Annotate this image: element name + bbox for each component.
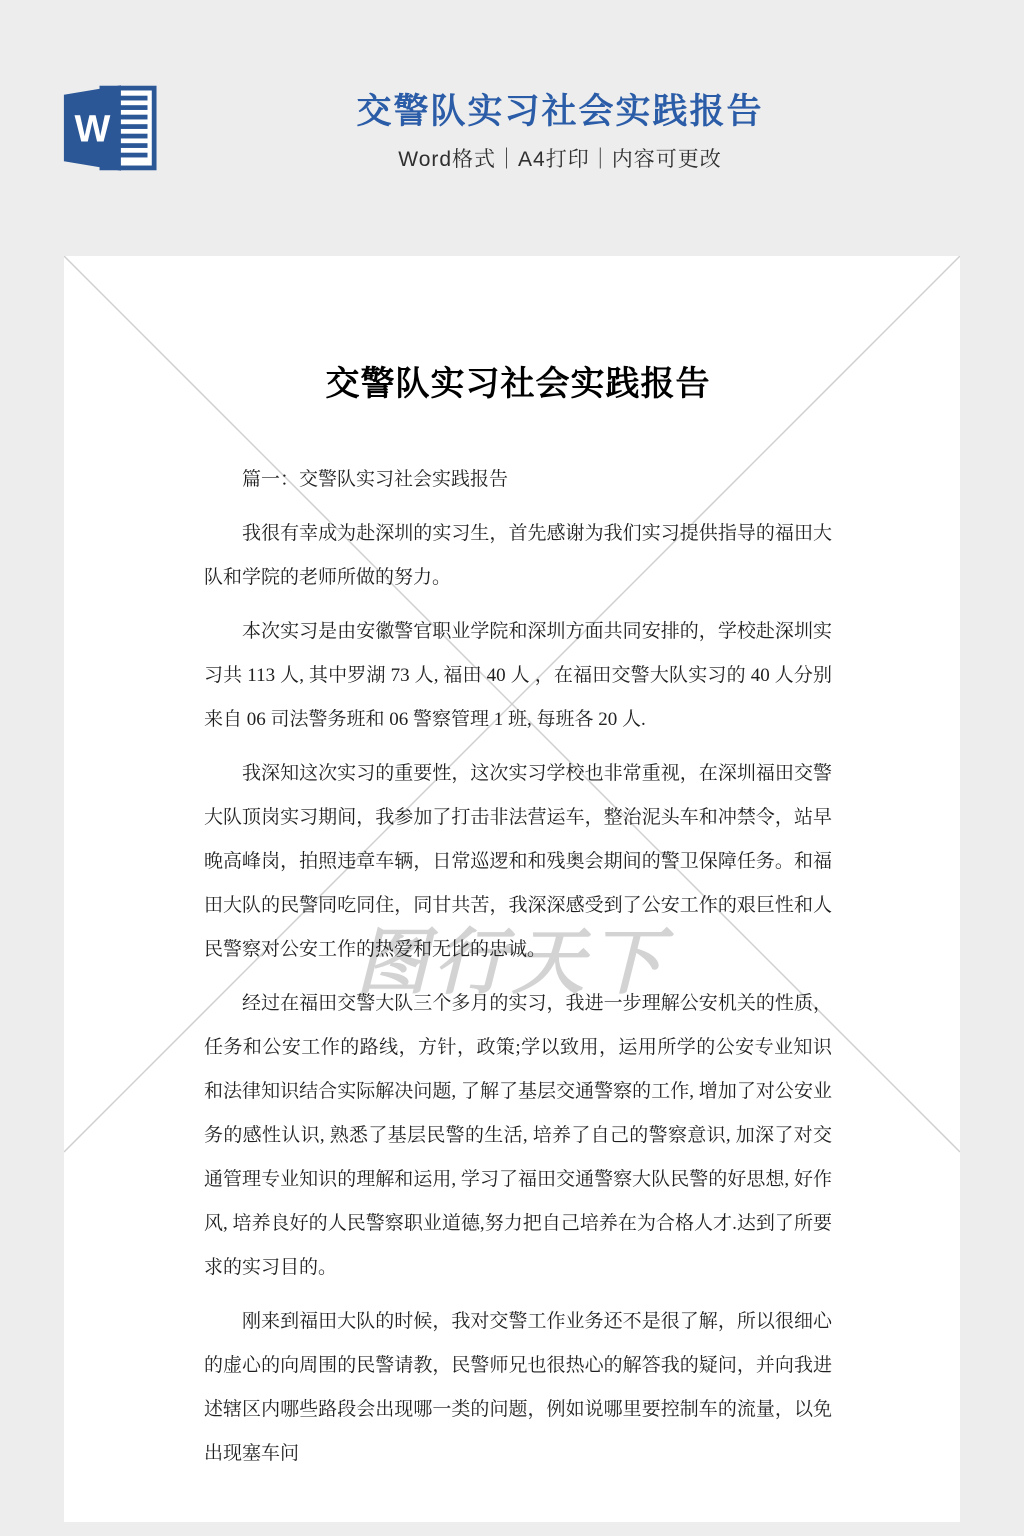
paragraph: 本次实习是由安徽警官职业学院和深圳方面共同安排的，学校赴深圳实习共 113 人,… xyxy=(204,610,832,742)
paragraph: 刚来到福田大队的时候，我对交警工作业务还不是很了解，所以很细心的虚心的向周围的民… xyxy=(204,1300,832,1476)
document-page: 图行天下 交警队实习社会实践报告 篇一：交警队实习社会实践报告 我很有幸成为赴深… xyxy=(64,256,960,1522)
paragraph: 我很有幸成为赴深圳的实习生，首先感谢为我们实习提供指导的福田大队和学院的老师所做… xyxy=(204,512,832,600)
template-title: 交警队实习社会实践报告 xyxy=(160,90,960,134)
header-text-block: 交警队实习社会实践报告 Word格式｜A4打印｜内容可更改 xyxy=(160,90,960,173)
page-background: { "colors": { "background": "#ededed", "… xyxy=(0,0,1024,1536)
template-subtitle: Word格式｜A4打印｜内容可更改 xyxy=(160,143,960,173)
paragraph-heading: 篇一：交警队实习社会实践报告 xyxy=(204,458,832,502)
svg-text:W: W xyxy=(74,108,110,150)
document-title: 交警队实习社会实践报告 xyxy=(204,364,832,406)
document-content: 交警队实习社会实践报告 篇一：交警队实习社会实践报告 我很有幸成为赴深圳的实习生… xyxy=(64,256,960,1476)
header: W 交警队实习社会实践报告 Word格式｜A4打印｜内容可更改 xyxy=(0,0,1024,256)
word-logo-icon: W xyxy=(62,84,157,172)
document-body: 篇一：交警队实习社会实践报告 我很有幸成为赴深圳的实习生，首先感谢为我们实习提供… xyxy=(204,458,832,1476)
paragraph: 经过在福田交警大队三个多月的实习，我进一步理解公安机关的性质，任务和公安工作的路… xyxy=(204,982,832,1290)
paragraph: 我深知这次实习的重要性，这次实习学校也非常重视，在深圳福田交警大队顶岗实习期间，… xyxy=(204,752,832,972)
